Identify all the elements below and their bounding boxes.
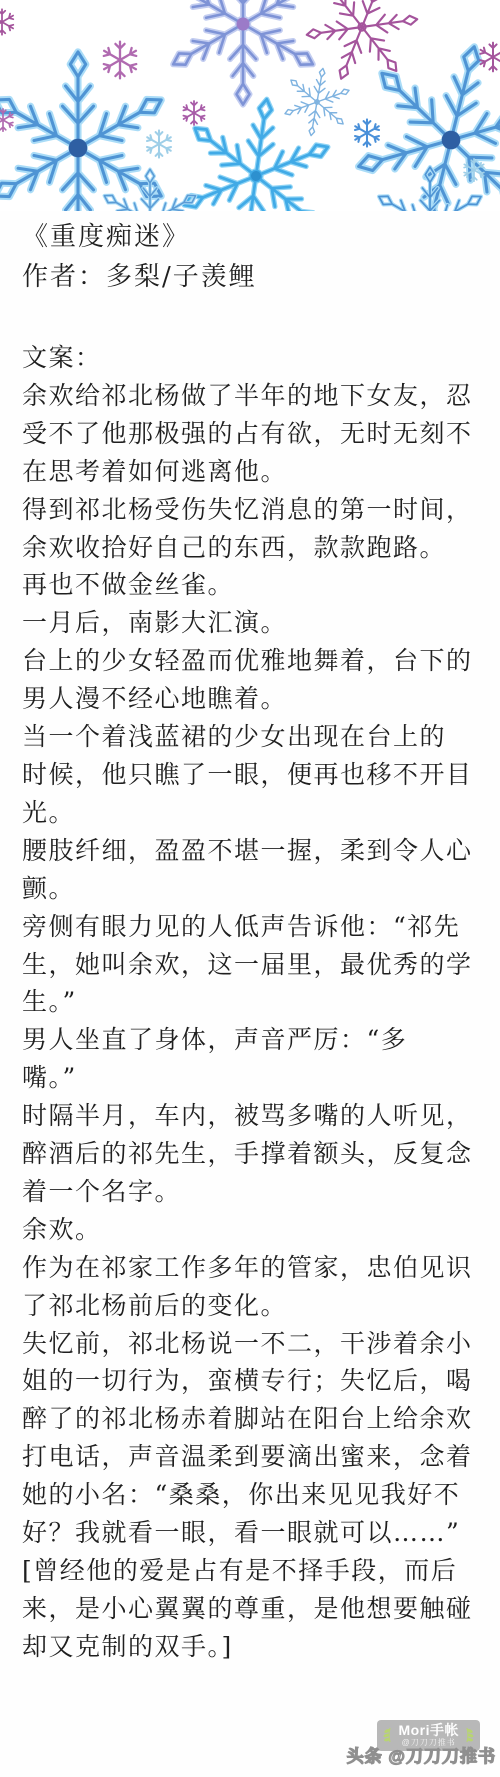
synopsis-line: 旁侧有眼力见的人低声告诉他：“祁先 bbox=[22, 908, 500, 946]
laurel-right-icon bbox=[463, 1727, 474, 1743]
synopsis-line: 台上的少女轻盈而优雅地舞着，台下的 bbox=[22, 642, 500, 680]
watermark-credit: 头条 @刀刀刀推书 bbox=[326, 1742, 496, 1767]
synopsis-line: 醉酒后的祁先生，手撑着额头，反复念 bbox=[22, 1135, 500, 1173]
snowflake-banner bbox=[0, 0, 500, 211]
synopsis-line: 姐的一切行为，蛮横专行；失忆后，喝 bbox=[22, 1362, 500, 1400]
synopsis-line: 一月后，南影大汇演。 bbox=[22, 604, 500, 642]
synopsis-line: 却又克制的双手。] bbox=[22, 1628, 500, 1666]
synopsis-line: 在思考着如何逃离他。 bbox=[22, 453, 500, 491]
watermark: Mori手帐 @刀刀刀推书 头条 @刀刀刀推书 bbox=[326, 1720, 496, 1767]
synopsis-line: 她的小名：“桑桑，你出来见见我好不 bbox=[22, 1476, 500, 1514]
synopsis-line: 作为在祁家工作多年的管家，忠伯见识 bbox=[22, 1249, 500, 1287]
synopsis-line: 生。” bbox=[22, 983, 500, 1021]
synopsis-line: 打电话，声音温柔到要滴出蜜来，念着 bbox=[22, 1438, 500, 1476]
synopsis-line: 腰肢纤细，盈盈不堪一握，柔到令人心 bbox=[22, 832, 500, 870]
synopsis: 文案：余欢给祁北杨做了半年的地下女友，忍受不了他那极强的占有欲，无时无刻不在思考… bbox=[22, 339, 500, 1666]
synopsis-line: 光。 bbox=[22, 794, 500, 832]
watermark-badge-title: Mori手帐 bbox=[398, 1723, 459, 1738]
synopsis-line: 余欢收拾好自己的东西，款款跑路。 bbox=[22, 529, 500, 567]
laurel-left-icon bbox=[383, 1727, 394, 1743]
synopsis-line: 醉了的祁北杨赤着脚站在阳台上给余欢 bbox=[22, 1400, 500, 1438]
synopsis-line: 男人漫不经心地瞧着。 bbox=[22, 680, 500, 718]
synopsis-line: 来，是小心翼翼的尊重，是他想要触碰 bbox=[22, 1590, 500, 1628]
synopsis-line: 余欢。 bbox=[22, 1211, 500, 1249]
synopsis-line: 时候，他只瞧了一眼，便再也移不开目 bbox=[22, 756, 500, 794]
synopsis-line: 嘴。” bbox=[22, 1059, 500, 1097]
book-title: 《重度痴迷》 bbox=[22, 217, 500, 257]
synopsis-line: 好？我就看一眼，看一眼就可以……” bbox=[22, 1514, 500, 1552]
synopsis-line: 再也不做金丝雀。 bbox=[22, 566, 500, 604]
synopsis-line: [曾经他的爱是占有是不择手段，而后 bbox=[22, 1552, 500, 1590]
post-image: 《重度痴迷》 作者：多梨/子羡鲤 文案：余欢给祁北杨做了半年的地下女友，忍受不了… bbox=[0, 0, 500, 1777]
synopsis-line: 时隔半月，车内，被骂多嘴的人听见， bbox=[22, 1097, 500, 1135]
book-author: 作者：多梨/子羡鲤 bbox=[22, 257, 500, 297]
synopsis-line: 颤。 bbox=[22, 870, 500, 908]
synopsis-line: 生，她叫余欢，这一届里，最优秀的学 bbox=[22, 946, 500, 984]
snowflakes-art-icon bbox=[0, 0, 500, 211]
synopsis-line: 了祁北杨前后的变化。 bbox=[22, 1287, 500, 1325]
synopsis-line: 失忆前，祁北杨说一不二，干涉着余小 bbox=[22, 1325, 500, 1363]
synopsis-line: 着一个名字。 bbox=[22, 1173, 500, 1211]
synopsis-line: 受不了他那极强的占有欲，无时无刻不 bbox=[22, 415, 500, 453]
text-content: 《重度痴迷》 作者：多梨/子羡鲤 文案：余欢给祁北杨做了半年的地下女友，忍受不了… bbox=[0, 211, 500, 1666]
synopsis-line: 得到祁北杨受伤失忆消息的第一时间， bbox=[22, 491, 500, 529]
synopsis-line: 男人坐直了身体，声音严厉：“多 bbox=[22, 1021, 500, 1059]
synopsis-line: 当一个着浅蓝裙的少女出现在台上的 bbox=[22, 718, 500, 756]
synopsis-line: 余欢给祁北杨做了半年的地下女友，忍 bbox=[22, 377, 500, 415]
synopsis-line: 文案： bbox=[22, 339, 500, 377]
